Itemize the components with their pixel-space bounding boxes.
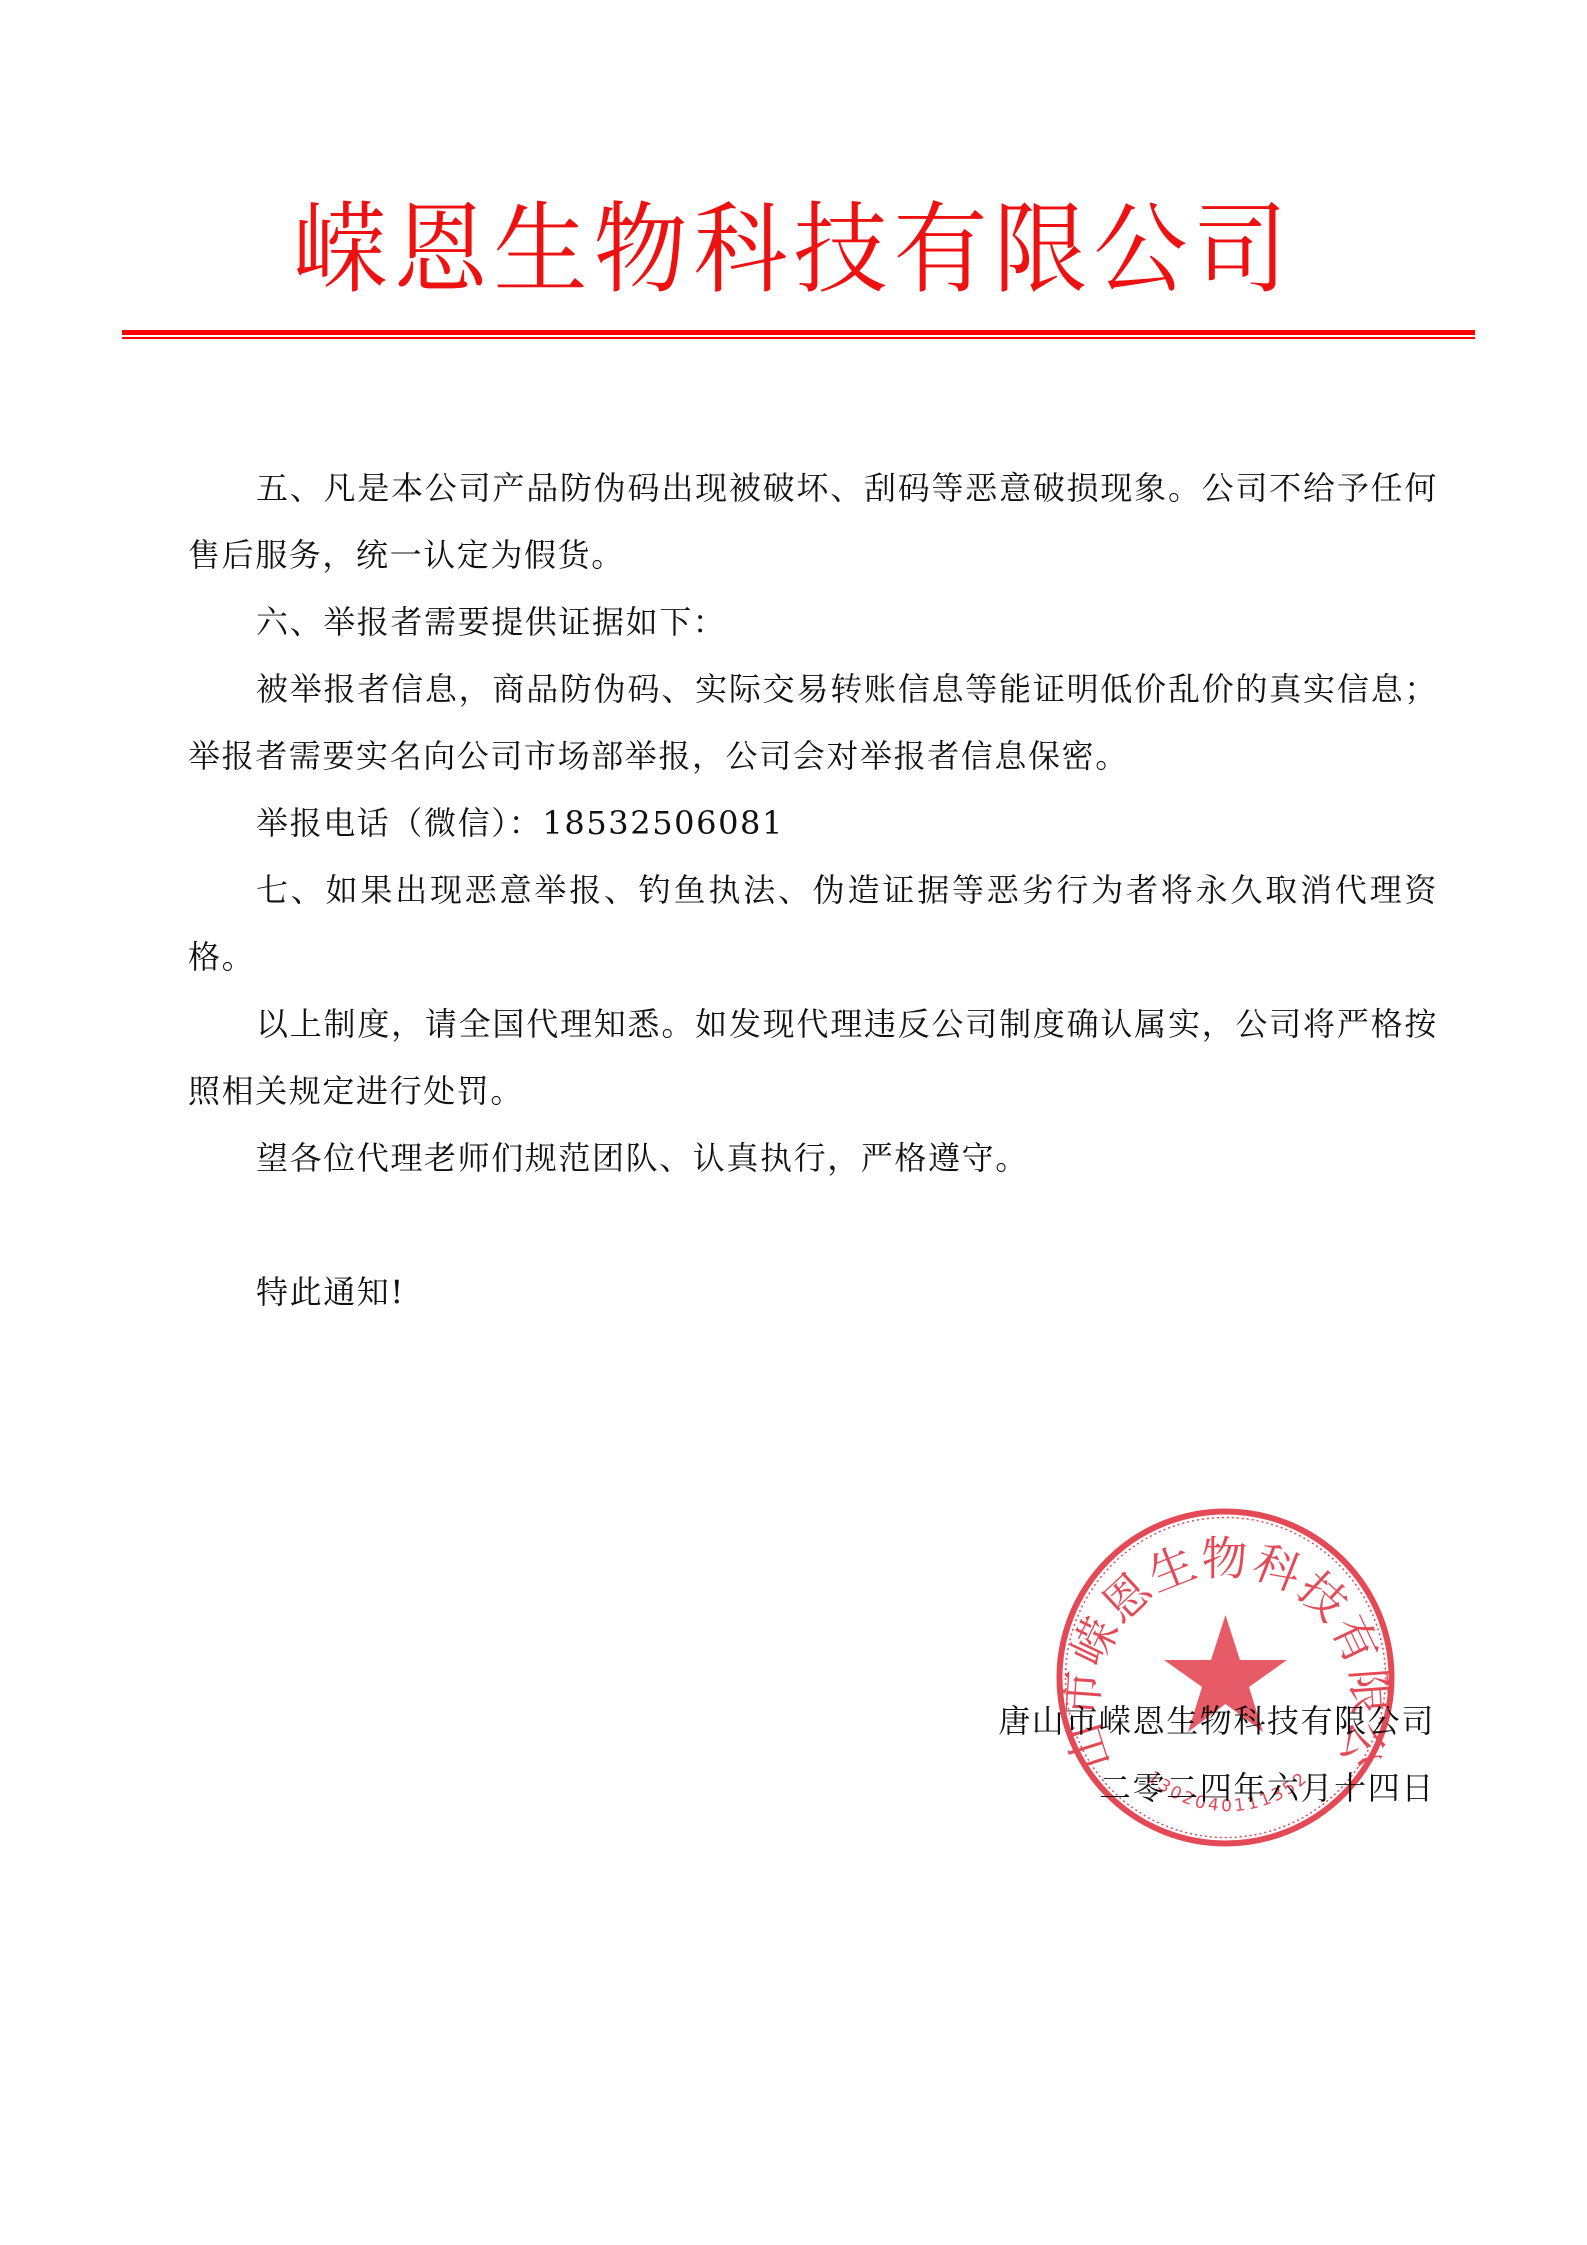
report-phone: 举报电话（微信）：18532506081: [188, 790, 1438, 857]
clause-six: 六、举报者需要提供证据如下：: [188, 589, 1438, 656]
letterhead-divider-thick: [122, 330, 1475, 335]
signature-date: 二零二四年六月十四日: [998, 1755, 1435, 1822]
document-page: 嵘恩生物科技有限公司 五、凡是本公司产品防伪码出现被破坏、刮码等恶意破损现象。公…: [0, 0, 1587, 2245]
clause-five: 五、凡是本公司产品防伪码出现被破坏、刮码等恶意破损现象。公司不给予任何售后服务，…: [188, 455, 1438, 589]
signature-company: 唐山市嵘恩生物科技有限公司: [998, 1688, 1435, 1755]
letterhead-divider-thin: [122, 337, 1475, 339]
signature-block: 唐山市嵘恩生物科技有限公司 二零二四年六月十四日: [998, 1688, 1435, 1822]
evidence-requirements: 被举报者信息，商品防伪码、实际交易转账信息等能证明低价乱价的真实信息；举报者需要…: [188, 656, 1438, 790]
notice-body: 五、凡是本公司产品防伪码出现被破坏、刮码等恶意破损现象。公司不给予任何售后服务，…: [188, 455, 1438, 1326]
clause-seven: 七、如果出现恶意举报、钓鱼执法、伪造证据等恶劣行为者将永久取消代理资格。: [188, 857, 1438, 991]
policy-notice: 以上制度，请全国代理知悉。如发现代理违反公司制度确认属实，公司将严格按照相关规定…: [188, 991, 1438, 1125]
closing-statement: 特此通知!: [188, 1259, 1438, 1326]
compliance-request: 望各位代理老师们规范团队、认真执行，严格遵守。: [188, 1125, 1438, 1192]
letterhead-company-name: 嵘恩生物科技有限公司: [0, 193, 1587, 309]
